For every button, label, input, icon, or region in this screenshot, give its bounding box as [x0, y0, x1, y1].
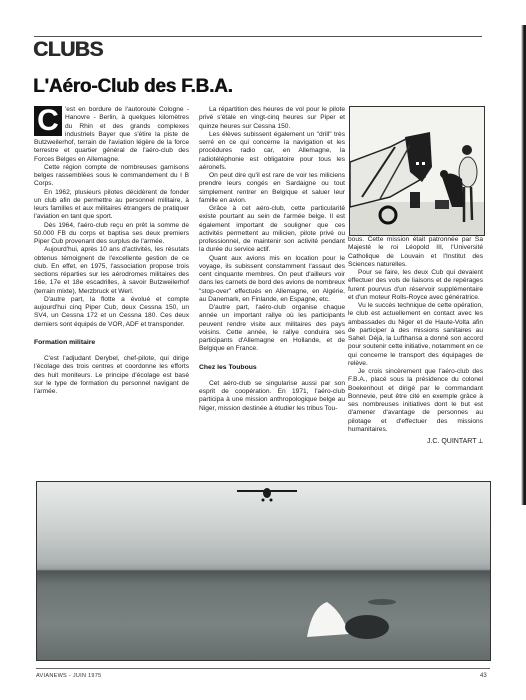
paragraph: D'autre part, l'aéro-club organise chaqu…	[199, 304, 345, 354]
paragraph: Cette région compte de nombreuses garnis…	[34, 164, 189, 189]
article-column-2: La répartition des heures de vol pour le…	[199, 106, 345, 413]
plane-over-desert-illustration	[37, 482, 490, 660]
paragraph: Je crois sincèrement que l'aéro-club des…	[348, 368, 483, 434]
paragraph: C'est l'adjudant Derybel, chef-pilote, q…	[34, 355, 189, 396]
paragraph: Cet aéro-club se singularise aussi par s…	[199, 380, 345, 413]
author-signature: J.C. QUINTART ⟂	[348, 438, 483, 446]
paragraph: Les élèves subissent également un "drill…	[199, 131, 345, 172]
photo-plane-ground	[349, 106, 485, 236]
plane-on-ground-illustration	[350, 107, 484, 235]
subheading: Chez les Toubous	[199, 364, 345, 372]
paragraph: En 1962, plusieurs pilotes décidèrent de…	[34, 189, 189, 222]
publication-info: AVIANEWS - JUIN 1975	[36, 673, 102, 679]
paragraph: Quant aux avions mis en location pour le…	[199, 255, 345, 305]
paragraph: On peut dire qu'il est rare de voir les …	[199, 172, 345, 205]
footer-rule	[36, 668, 490, 669]
aircraft-logo-icon: ⟂	[478, 438, 483, 445]
drop-cap: C	[34, 106, 62, 136]
photo-plane-desert	[36, 481, 491, 661]
paragraph: Vu le succès technique de cette opératio…	[348, 302, 483, 368]
paragraph: Dès 1964, l'aéro-club reçu en prêt la so…	[34, 222, 189, 247]
section-heading: CLUBS	[33, 38, 103, 62]
article-column-3: bous. Cette mission était patronnée par …	[348, 236, 483, 446]
article-column-1: C'est en bordure de l'autoroute Cologne …	[34, 106, 189, 396]
subheading: Formation militaire	[34, 339, 189, 347]
paragraph: bous. Cette mission était patronnée par …	[348, 236, 483, 269]
page-edge-shadow	[521, 25, 526, 505]
paragraph: Pour se faire, les deux Cub qui devaient…	[348, 269, 483, 302]
paragraph: D'autre part, la flotte a évolué et comp…	[34, 296, 189, 329]
paragraph: La répartition des heures de vol pour le…	[199, 106, 345, 131]
paragraph: Grâce à cet aéro-club, cette particulari…	[199, 205, 345, 255]
paragraph: Aujourd'hui, après 10 ans d'activités, l…	[34, 246, 189, 296]
article-title: L'Aéro-Club des F.B.A.	[33, 76, 233, 98]
header-rule	[34, 36, 482, 37]
paragraph: C'est en bordure de l'autoroute Cologne …	[34, 106, 189, 164]
page-number: 43	[480, 673, 487, 679]
